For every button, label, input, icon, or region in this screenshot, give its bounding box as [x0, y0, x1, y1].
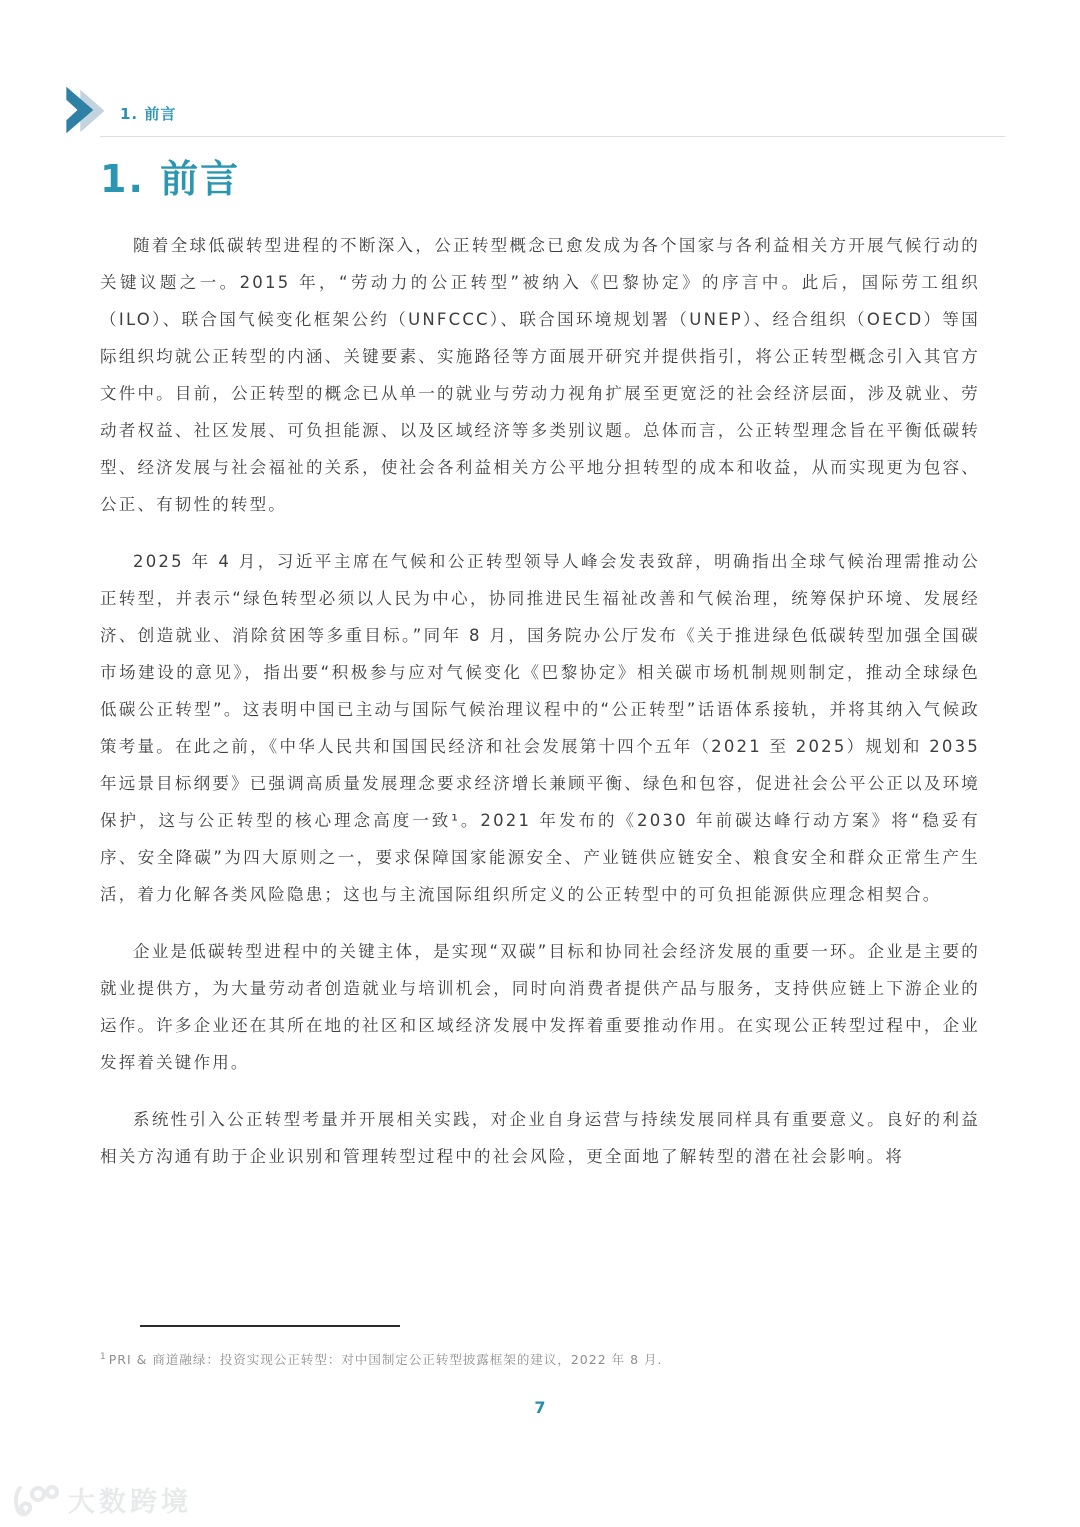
paragraph-4: 系统性引入公正转型考量并开展相关实践，对企业自身运营与持续发展同样具有重要意义。… — [100, 1101, 980, 1175]
paragraph-1: 随着全球低碳转型进程的不断深入，公正转型概念已愈发成为各个国家与各利益相关方开展… — [100, 227, 980, 523]
dashu-kuajing-logo-icon — [14, 1482, 60, 1518]
breadcrumb-label: 1. 前言 — [120, 97, 176, 124]
paragraph-3: 企业是低碳转型进程中的关键主体，是实现“双碳”目标和协同社会经济发展的重要一环。… — [100, 933, 980, 1081]
body-text: 随着全球低碳转型进程的不断深入，公正转型概念已愈发成为各个国家与各利益相关方开展… — [100, 227, 980, 1175]
paragraph-2: 2025 年 4 月，习近平主席在气候和公正转型领导人峰会发表致辞，明确指出全球… — [100, 543, 980, 913]
page-number: 7 — [0, 1398, 1080, 1417]
footnote-marker: 1 — [100, 1352, 107, 1362]
footnote-text: PRI & 商道融绿：投资实现公正转型：对中国制定公正转型披露框架的建议，202… — [109, 1352, 663, 1367]
watermark-text: 大数跨境 — [68, 1480, 192, 1519]
page-title: 1. 前言 — [100, 157, 1080, 203]
footnote-divider — [140, 1325, 400, 1327]
chevron-right-icon — [58, 84, 110, 136]
footnote: 1PRI & 商道融绿：投资实现公正转型：对中国制定公正转型披露框架的建议，20… — [100, 1351, 980, 1370]
document-page: 1. 前言 1. 前言 随着全球低碳转型进程的不断深入，公正转型概念已愈发成为各… — [0, 0, 1080, 1527]
breadcrumb: 1. 前言 — [58, 84, 1080, 136]
watermark: 大数跨境 — [14, 1480, 192, 1519]
header-divider — [100, 136, 1005, 137]
footnote-block: 1PRI & 商道融绿：投资实现公正转型：对中国制定公正转型披露框架的建议，20… — [100, 1325, 980, 1370]
